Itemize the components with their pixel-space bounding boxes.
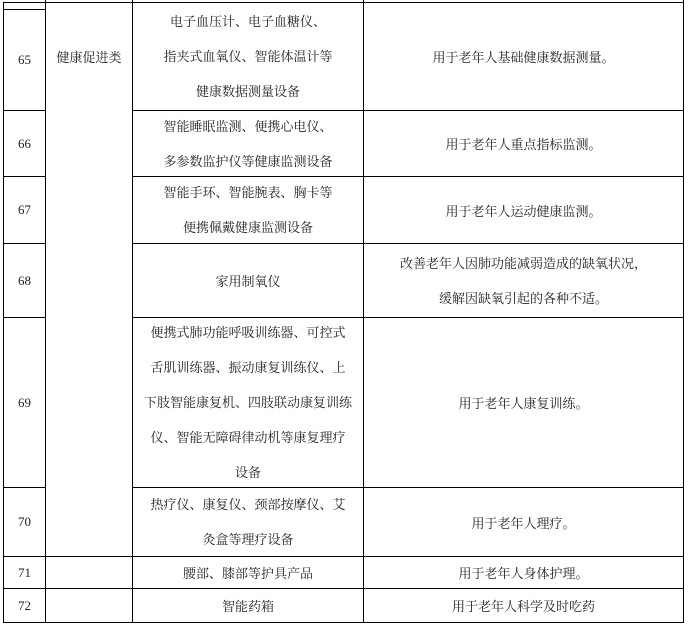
category-cell: 健康促进类 xyxy=(46,3,132,110)
usage-cell: 用于老年人运动健康监测。 xyxy=(364,177,683,243)
usage-cell: 用于老年人身体护理。 xyxy=(364,557,683,588)
row-number-cell: 66 xyxy=(4,111,45,176)
usage-cell: 用于老年人康复训练。 xyxy=(364,318,683,487)
usage-cell: 用于老年人理疗。 xyxy=(364,488,683,556)
product-cell: 便携式肺功能呼吸训练器、可控式 舌肌训练器、振动康复训练仪、上 下肢智能康复机、… xyxy=(133,318,363,487)
product-cell: 电子血压计、电子血糖仪、 指夹式血氧仪、智能体温计等 健康数据测量设备 xyxy=(133,3,363,110)
product-cell: 腰部、膝部等护具产品 xyxy=(133,557,363,588)
product-cell: 智能手环、智能腕表、胸卡等 便携佩戴健康监测设备 xyxy=(133,177,363,243)
row-number-cell: 72 xyxy=(4,589,45,622)
usage-cell: 用于老年人基础健康数据测量。 xyxy=(364,3,683,110)
grid-line-bottom-border xyxy=(3,622,684,623)
product-cell: 家用制氧仪 xyxy=(133,244,363,317)
elderly-products-table: 健康促进类 65 电子血压计、电子血糖仪、 指夹式血氧仪、智能体温计等 健康数据… xyxy=(0,0,690,631)
row-number-cell: 71 xyxy=(4,557,45,588)
usage-cell: 改善老年人因肺功能减弱造成的缺氧状况， 缓解因缺氧引起的各种不适。 xyxy=(364,244,683,317)
usage-cell: 用于老年人重点指标监测。 xyxy=(364,111,683,176)
row-number-cell: 65 xyxy=(4,10,45,110)
row-number-cell: 68 xyxy=(4,244,45,317)
product-cell: 智能睡眠监测、便携心电仪、 多参数监护仪等健康监测设备 xyxy=(133,111,363,176)
row-number-cell: 67 xyxy=(4,177,45,243)
row-number-cell: 70 xyxy=(4,488,45,556)
row-number-cell: 69 xyxy=(4,318,45,487)
product-cell: 热疗仪、康复仪、颈部按摩仪、艾 灸盒等理疗设备 xyxy=(133,488,363,556)
product-cell: 智能药箱 xyxy=(133,589,363,622)
usage-cell: 用于老年人科学及时吃药 xyxy=(364,589,683,622)
grid-line-right-border xyxy=(683,0,684,623)
